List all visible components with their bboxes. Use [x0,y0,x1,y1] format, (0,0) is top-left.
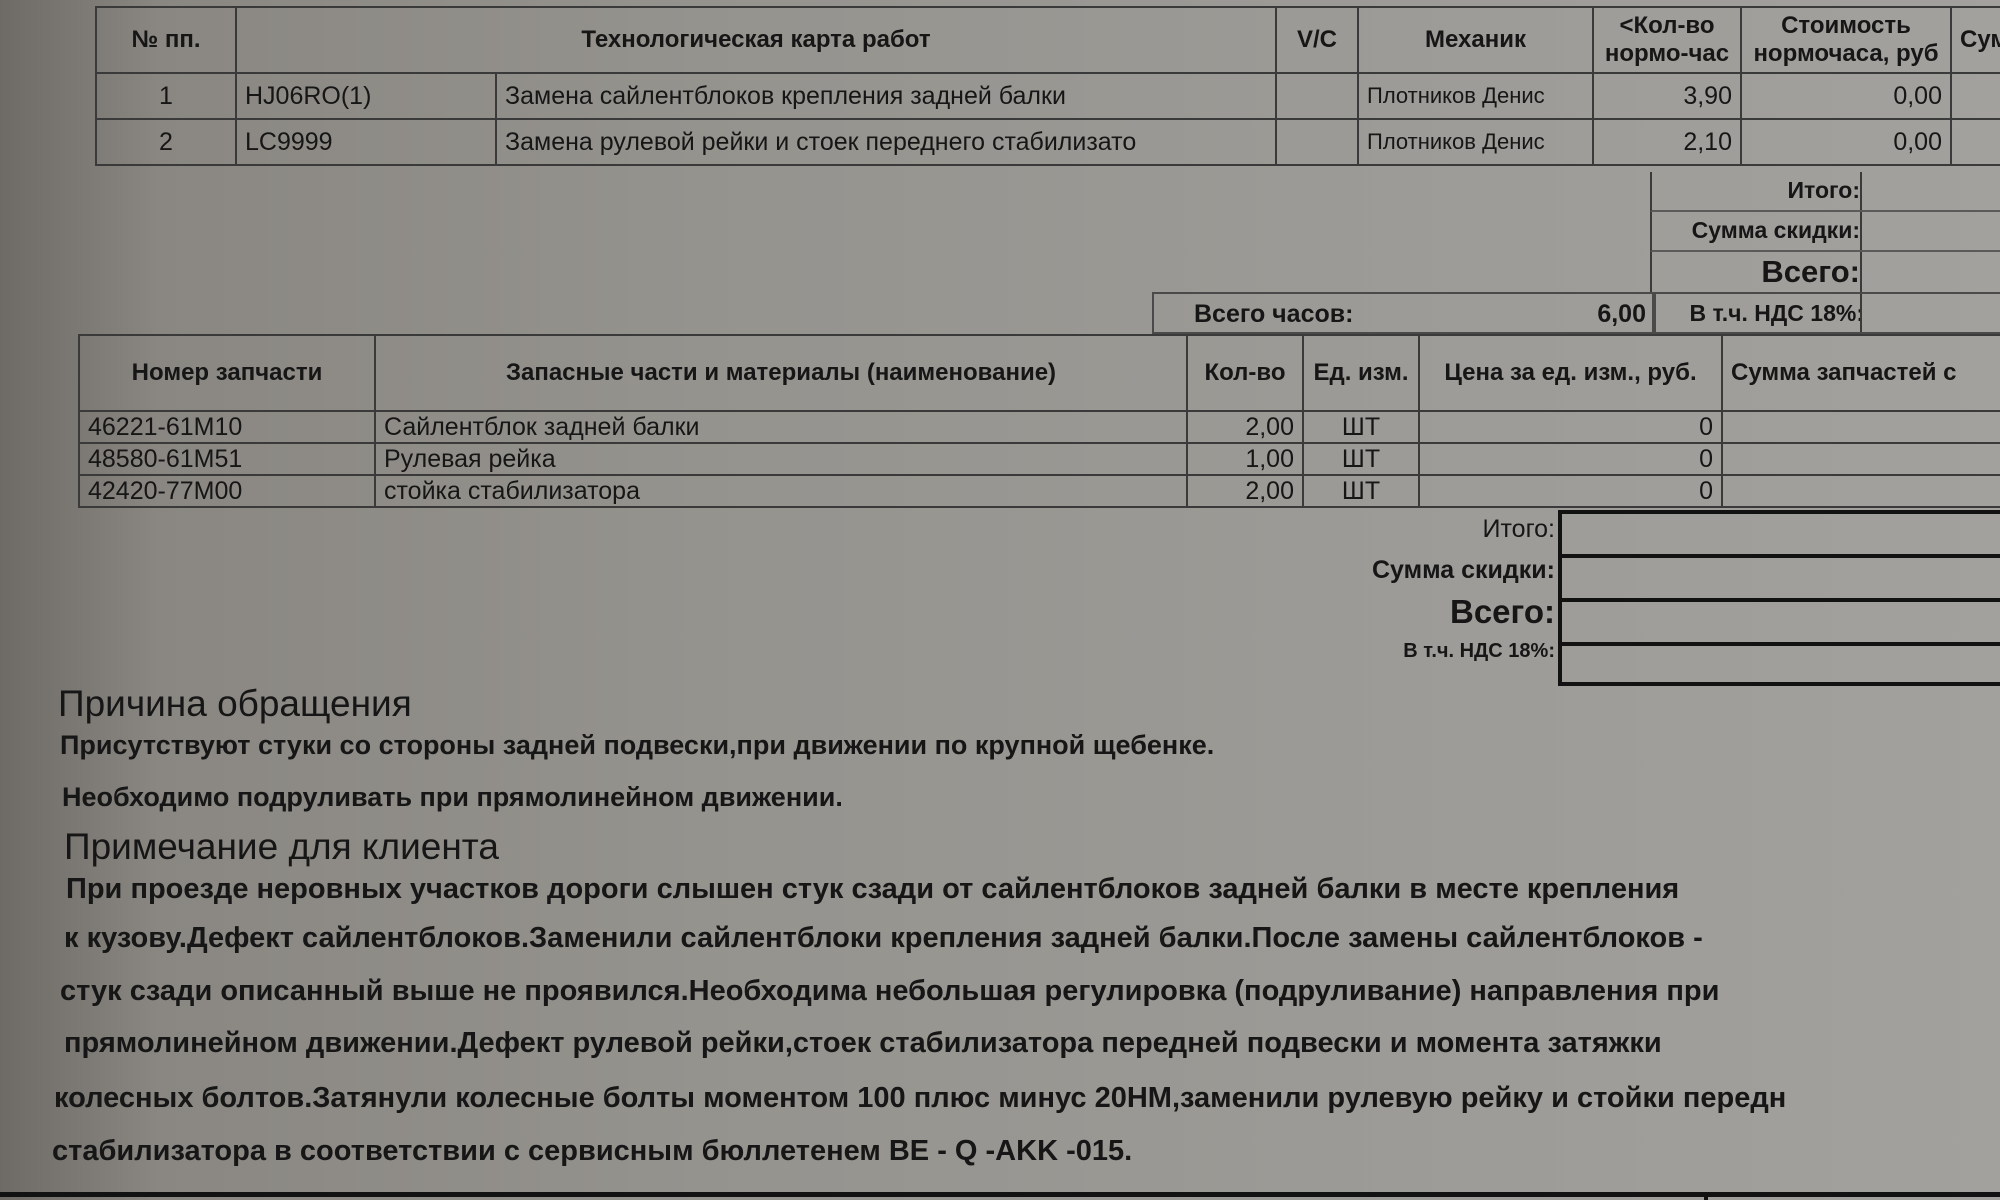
parts-total-value [1558,598,2000,642]
row-hours: 2,10 [1593,119,1741,165]
client-note-line-1: При проезде неровных участков дороги слы… [66,873,1679,906]
bottom-divider [1704,1192,1708,1200]
row-description: Замена сайлентблоков крепления задней ба… [496,73,1276,119]
total-hours-value: 6,00 [1597,300,1646,329]
part-price: 0 [1419,443,1722,475]
client-note-line-2: к кузову.Дефект сайлентблоков.Заменили с… [64,922,1703,955]
row-num: 2 [96,119,236,165]
part-sum [1722,475,2000,507]
reason-title: Причина обращения [58,683,412,725]
part-qty: 2,00 [1187,411,1303,443]
total-hours-label: Всего часов: [1194,300,1353,329]
row-vc [1276,73,1358,119]
client-note-line-6: стабилизатора в соответствии с сервисным… [52,1135,1132,1168]
header-vc: V/C [1276,7,1358,73]
part-number: 46221-61M10 [79,411,375,443]
row-num: 1 [96,73,236,119]
header-num: № пп. [96,7,236,73]
table-row: 48580-61M51 Рулевая рейка 1,00 ШТ 0 [79,443,2000,475]
header-qty: Кол-во [1187,335,1303,411]
header-rate: Стоимость нормочаса, руб [1741,7,1951,73]
part-price: 0 [1419,411,1722,443]
row-rate: 0,00 [1741,119,1951,165]
part-unit: ШТ [1303,443,1419,475]
part-name: Рулевая рейка [375,443,1187,475]
works-vat-value [1860,294,1862,332]
table-row: 42420-77M00 стойка стабилизатора 2,00 ШТ… [79,475,2000,507]
header-unit: Ед. изм. [1303,335,1419,411]
header-hours: <Кол-во нормо-час [1593,7,1741,73]
works-subtotal-value [1860,172,1862,210]
bottom-border [0,1192,2000,1197]
part-number: 42420-77M00 [79,475,375,507]
table-row: 1 HJ06RO(1) Замена сайлентблоков креплен… [96,73,2000,119]
part-number: 48580-61M51 [79,443,375,475]
row-vc [1276,119,1358,165]
parts-vat-label: В т.ч. НДС 18%: [1403,640,1555,663]
works-total-label: Всего: [1761,254,1860,290]
header-sum: Сумма [1951,7,2000,73]
works-discount-row: Сумма скидки: [1650,212,2000,252]
works-total-value [1860,252,1862,294]
client-note-line-4: прямолинейном движении.Дефект рулевой ре… [64,1027,1662,1060]
header-part-number: Номер запчасти [79,335,375,411]
part-name: стойка стабилизатора [375,475,1187,507]
part-qty: 1,00 [1187,443,1303,475]
works-discount-value [1860,212,1862,250]
part-sum [1722,443,2000,475]
row-hours: 3,90 [1593,73,1741,119]
total-hours-box: Всего часов: 6,00 [1152,292,1656,334]
works-subtotal-row: Итого: [1650,172,2000,212]
reason-line-2: Необходимо подруливать при прямолинейном… [62,782,843,813]
row-rate: 0,00 [1741,73,1951,119]
part-qty: 2,00 [1187,475,1303,507]
parts-table: Номер запчасти Запасные части и материал… [78,334,2000,508]
header-mechanic: Механик [1358,7,1593,73]
parts-vat-value [1558,642,2000,686]
works-total-row: Всего: [1650,252,2000,294]
row-mechanic: Плотников Денис [1358,73,1593,119]
part-sum [1722,411,2000,443]
client-note-title: Примечание для клиента [64,826,499,868]
row-mechanic: Плотников Денис [1358,119,1593,165]
part-unit: ШТ [1303,411,1419,443]
works-discount-label: Сумма скидки: [1692,217,1860,244]
row-sum [1951,73,2000,119]
client-note-line-5: колесных болтов.Затянули колесные болты … [54,1082,1786,1115]
table-row: 2 LC9999 Замена рулевой рейки и стоек пе… [96,119,2000,165]
parts-total-label: Всего: [1450,593,1555,631]
works-totals: Итого: Сумма скидки: Всего: [1650,172,2000,294]
parts-totals-boxes [1558,510,2000,686]
works-vat-row: В т.ч. НДС 18%: [1652,292,2000,334]
parts-subtotal-label: Итого: [1483,515,1555,544]
works-header-row: № пп. Технологическая карта работ V/C Ме… [96,7,2000,73]
row-code: LC9999 [236,119,496,165]
parts-header-row: Номер запчасти Запасные части и материал… [79,335,2000,411]
row-description: Замена рулевой рейки и стоек переднего с… [496,119,1276,165]
header-price: Цена за ед. изм., руб. [1419,335,1722,411]
header-part-name: Запасные части и материалы (наименование… [375,335,1187,411]
parts-discount-value [1558,554,2000,598]
works-subtotal-label: Итого: [1787,177,1860,204]
header-description: Технологическая карта работ [236,7,1276,73]
part-price: 0 [1419,475,1722,507]
reason-line-1: Присутствуют стуки со стороны задней под… [60,730,1214,761]
table-row: 46221-61M10 Сайлентблок задней балки 2,0… [79,411,2000,443]
row-sum [1951,119,2000,165]
parts-discount-label: Сумма скидки: [1372,556,1555,585]
parts-subtotal-value [1558,510,2000,554]
part-unit: ШТ [1303,475,1419,507]
works-table: № пп. Технологическая карта работ V/C Ме… [95,6,2000,166]
header-parts-sum: Сумма запчастей с [1722,335,2000,411]
works-vat-label: В т.ч. НДС 18%: [1690,300,1864,327]
row-code: HJ06RO(1) [236,73,496,119]
part-name: Сайлентблок задней балки [375,411,1187,443]
client-note-line-3: стук сзади описанный выше не проявился.Н… [60,975,1719,1008]
